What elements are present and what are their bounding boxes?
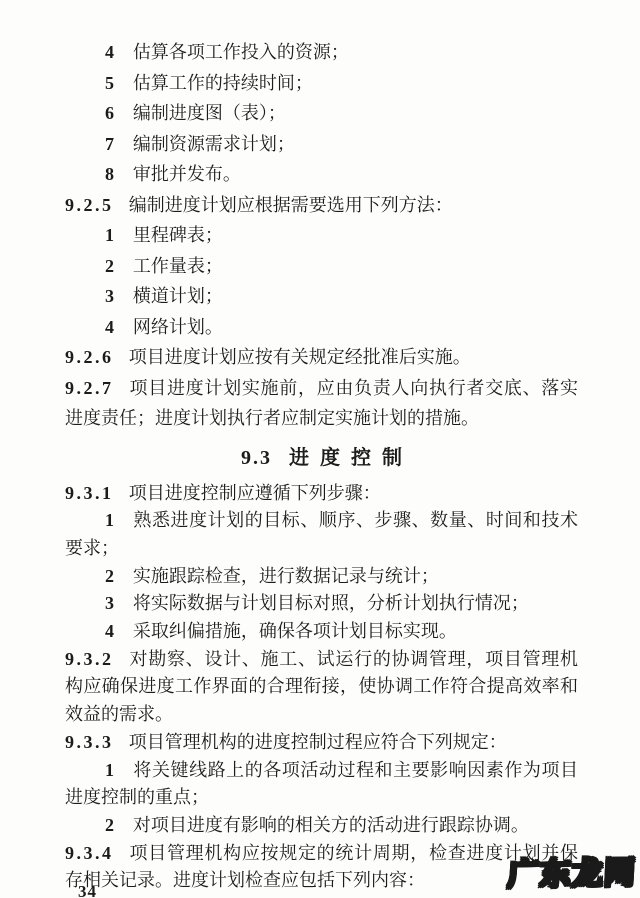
document-page: 4估算各项工作投入的资源；5估算工作的持续时间；6编制进度图（表）；7编制资源需… [0, 0, 640, 898]
list-item: 1里程碑表； [65, 220, 578, 251]
item-number: 4 [105, 42, 114, 62]
clause-number: 9.3.3 [65, 732, 114, 752]
item-number: 3 [105, 593, 114, 613]
item-number: 2 [105, 256, 114, 276]
list-item: 2对项目进度有影响的相关方的活动进行跟踪协调。 [65, 812, 578, 840]
clause-number: 9.3.4 [65, 843, 114, 863]
item-number: 7 [105, 134, 114, 154]
paragraph-text: 对勘察、设计、施工、试运行的协调管理，项目管理机构应确保进度工作界面的合理衔接，… [65, 649, 578, 724]
item-number: 4 [105, 621, 114, 641]
list-item: 3将实际数据与计划目标对照，分析计划执行情况； [65, 590, 578, 618]
paragraph-text: 项目进度控制应遵循下列步骤： [129, 483, 381, 503]
clause-paragraph: 9.2.6项目进度计划应按有关规定经批准后实施。 [65, 342, 578, 373]
clause-paragraph: 9.3.3项目管理机构的进度控制过程应符合下列规定： [65, 729, 578, 757]
section-heading: 9.3进度控制 [65, 443, 578, 473]
paragraph-text: 估算各项工作投入的资源； [133, 42, 349, 62]
list-item: 7编制资源需求计划； [65, 129, 578, 160]
list-item: 1将关键线路上的各项活动过程和主要影响因素作为项目进度控制的重点； [65, 757, 578, 812]
paragraph-text: 编制进度计划应根据需要选用下列方法： [129, 195, 453, 215]
list-item: 4估算各项工作投入的资源； [65, 37, 578, 68]
item-number: 2 [105, 566, 114, 586]
heading-number: 9.3 [241, 447, 272, 469]
document-body: 4估算各项工作投入的资源；5估算工作的持续时间；6编制进度图（表）；7编制资源需… [65, 37, 578, 895]
paragraph-text: 里程碑表； [133, 225, 223, 245]
paragraph-text: 实施跟踪检查，进行数据记录与统计； [133, 566, 439, 586]
page-number: 34 [78, 882, 97, 898]
section-before-heading: 4估算各项工作投入的资源；5估算工作的持续时间；6编制进度图（表）；7编制资源需… [65, 37, 578, 434]
clause-paragraph: 9.2.7项目进度计划实施前，应由负责人向执行者交底、落实进度责任；进度计划执行… [65, 373, 578, 434]
list-item: 2工作量表； [65, 251, 578, 282]
clause-number: 9.2.7 [65, 378, 114, 398]
list-item: 8审批并发布。 [65, 159, 578, 190]
clause-number: 9.3.1 [65, 483, 114, 503]
paragraph-text: 估算工作的持续时间； [133, 73, 313, 93]
paragraph-text: 工作量表； [133, 256, 223, 276]
item-number: 1 [105, 510, 114, 530]
item-number: 1 [105, 225, 114, 245]
paragraph-text: 横道计划； [133, 286, 223, 306]
heading-title: 进度控制 [289, 447, 413, 469]
clause-paragraph: 9.3.4项目管理机构应按规定的统计周期，检查进度计划并保存相关记录。进度计划检… [65, 840, 578, 895]
paragraph-text: 项目进度计划实施前，应由负责人向执行者交底、落实进度责任；进度计划执行者应制定实… [65, 378, 578, 429]
item-number: 4 [105, 317, 114, 337]
paragraph-text: 将实际数据与计划目标对照，分析计划执行情况； [133, 593, 529, 613]
clause-number: 9.2.5 [65, 195, 114, 215]
paragraph-text: 项目进度计划应按有关规定经批准后实施。 [129, 347, 471, 367]
paragraph-text: 将关键线路上的各项活动过程和主要影响因素作为项目进度控制的重点； [65, 760, 578, 808]
paragraph-text: 审批并发布。 [133, 164, 241, 184]
paragraph-text: 编制进度图（表）； [133, 103, 286, 123]
item-number: 1 [105, 760, 114, 780]
list-item: 4采取纠偏措施，确保各项计划目标实现。 [65, 618, 578, 646]
paragraph-text: 项目管理机构的进度控制过程应符合下列规定： [129, 732, 507, 752]
list-item: 2实施跟踪检查，进行数据记录与统计； [65, 563, 578, 591]
item-number: 5 [105, 73, 114, 93]
item-number: 6 [105, 103, 114, 123]
list-item: 6编制进度图（表）； [65, 98, 578, 129]
watermark: 广东龙网 [507, 847, 637, 894]
clause-number: 9.2.6 [65, 347, 114, 367]
paragraph-text: 对项目进度有影响的相关方的活动进行跟踪协调。 [133, 815, 529, 835]
clause-paragraph: 9.3.2对勘察、设计、施工、试运行的协调管理，项目管理机构应确保进度工作界面的… [65, 646, 578, 729]
paragraph-text: 采取纠偏措施，确保各项计划目标实现。 [133, 621, 457, 641]
paragraph-text: 项目管理机构应按规定的统计周期，检查进度计划并保存相关记录。进度计划检查应包括下… [65, 843, 578, 891]
list-item: 1熟悉进度计划的目标、顺序、步骤、数量、时间和技术要求； [65, 507, 578, 562]
paragraph-text: 网络计划。 [133, 317, 223, 337]
clause-paragraph: 9.2.5编制进度计划应根据需要选用下列方法： [65, 190, 578, 221]
clause-number: 9.3.2 [65, 649, 114, 669]
clause-paragraph: 9.3.1项目进度控制应遵循下列步骤： [65, 480, 578, 508]
item-number: 3 [105, 286, 114, 306]
section-after-heading: 9.3.1项目进度控制应遵循下列步骤：1熟悉进度计划的目标、顺序、步骤、数量、时… [65, 480, 578, 896]
list-item: 4网络计划。 [65, 312, 578, 343]
paragraph-text: 编制资源需求计划； [133, 134, 295, 154]
item-number: 8 [105, 164, 114, 184]
list-item: 5估算工作的持续时间； [65, 68, 578, 99]
paragraph-text: 熟悉进度计划的目标、顺序、步骤、数量、时间和技术要求； [65, 510, 578, 558]
item-number: 2 [105, 815, 114, 835]
list-item: 3横道计划； [65, 281, 578, 312]
